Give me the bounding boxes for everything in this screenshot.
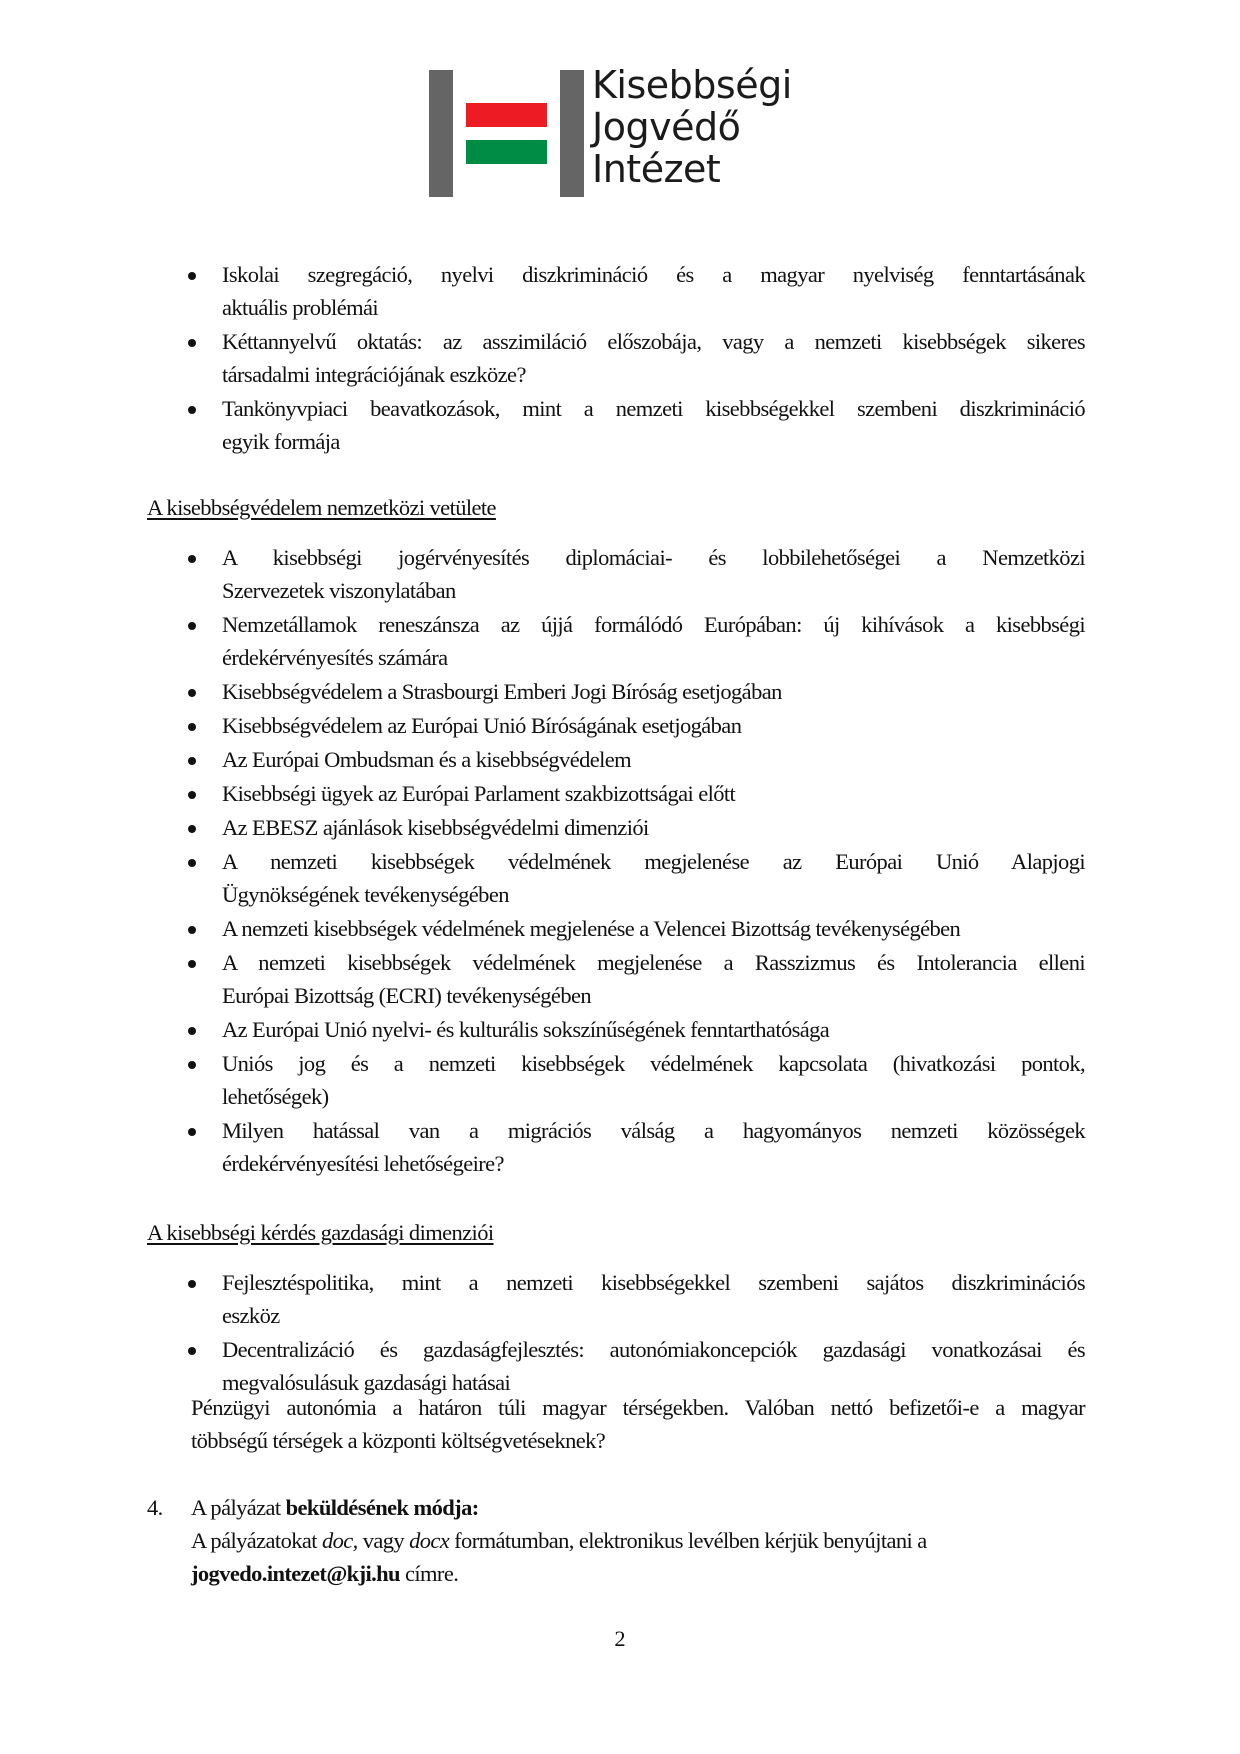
logo-left-bar bbox=[429, 70, 453, 197]
logo-line: Intézet bbox=[592, 148, 792, 190]
bullet-icon bbox=[188, 960, 198, 970]
bullet-icon bbox=[188, 1347, 198, 1357]
logo-right-bar bbox=[560, 70, 584, 197]
submission-email-line: jogvedo.intezet@kji.hu címre. bbox=[191, 1557, 458, 1590]
bullet-icon bbox=[188, 859, 198, 869]
logo-wordmark: Kisebbségi Jogvédő Intézet bbox=[592, 64, 792, 190]
bullet-icon bbox=[188, 272, 198, 282]
list-item-line: aktuális problémái bbox=[222, 291, 378, 324]
bullet-icon bbox=[188, 1128, 198, 1138]
list-item-line: A nemzeti kisebbségek védelmének megjele… bbox=[222, 845, 1085, 878]
list-item-line: Kéttannyelvű oktatás: az asszimiláció el… bbox=[222, 325, 1085, 358]
bullet-icon bbox=[188, 689, 198, 699]
section-heading: A kisebbségi kérdés gazdasági dimenziói bbox=[147, 1216, 494, 1249]
bullet-icon bbox=[188, 555, 198, 565]
submission-title-bold: beküldésének módja: bbox=[286, 1495, 479, 1520]
submission-heading: 4. bbox=[147, 1491, 163, 1524]
page-number: 2 bbox=[0, 1626, 1240, 1652]
bullet-icon bbox=[188, 723, 198, 733]
bullet-icon bbox=[188, 406, 198, 416]
list-item-line: Tankönyvpiaci beavatkozások, mint a nemz… bbox=[222, 392, 1085, 425]
format-docx: docx bbox=[409, 1528, 449, 1553]
bullet-icon bbox=[188, 622, 198, 632]
list-item-line: Szervezetek viszonylatában bbox=[222, 574, 456, 607]
email-address[interactable]: jogvedo.intezet@kji.hu bbox=[191, 1561, 400, 1586]
list-item-line: Decentralizáció és gazdaságfejlesztés: a… bbox=[222, 1333, 1085, 1366]
bullet-icon bbox=[188, 1061, 198, 1071]
submission-body: A pályázatokat doc, vagy docx formátumba… bbox=[191, 1524, 927, 1557]
logo-line: Kisebbségi bbox=[592, 64, 792, 106]
list-item-line: Milyen hatással van a migrációs válság a… bbox=[222, 1114, 1085, 1147]
list-item-line: Uniós jog és a nemzeti kisebbségek védel… bbox=[222, 1047, 1085, 1080]
bullet-icon bbox=[188, 757, 198, 767]
bullet-icon bbox=[188, 791, 198, 801]
institute-logo: Kisebbségi Jogvédő Intézet bbox=[429, 70, 829, 200]
bullet-icon bbox=[188, 926, 198, 936]
list-item-line: Kisebbségi ügyek az Európai Parlament sz… bbox=[222, 777, 735, 810]
list-item-line: eszköz bbox=[222, 1299, 280, 1332]
list-item-line: egyik formája bbox=[222, 425, 340, 458]
list-item-line: Ügynökségének tevékenységében bbox=[222, 878, 509, 911]
list-item-line: A nemzeti kisebbségek védelmének megjele… bbox=[222, 912, 960, 945]
logo-green-stripe bbox=[466, 140, 547, 164]
list-item-line: Az Európai Unió nyelvi- és kulturális so… bbox=[222, 1013, 829, 1046]
bullet-icon bbox=[188, 1280, 198, 1290]
economic-paragraph-line: többségű térségek a központi költségveté… bbox=[191, 1424, 605, 1457]
list-item-line: Az Európai Ombudsman és a kisebbségvédel… bbox=[222, 743, 631, 776]
logo-line: Jogvédő bbox=[592, 106, 792, 148]
bullet-icon bbox=[188, 339, 198, 349]
submission-title: A pályázat beküldésének módja: bbox=[191, 1491, 479, 1524]
list-item-line: Kisebbségvédelem a Strasbourgi Emberi Jo… bbox=[222, 675, 782, 708]
list-item-line: A nemzeti kisebbségek védelmének megjele… bbox=[222, 946, 1085, 979]
bullet-icon bbox=[188, 825, 198, 835]
list-item-line: Iskolai szegregáció, nyelvi diszkriminác… bbox=[222, 258, 1085, 291]
list-item-line: érdekérvényesítési lehetőségeire? bbox=[222, 1147, 504, 1180]
format-doc: doc, bbox=[322, 1528, 358, 1553]
list-item-line: társadalmi integrációjának eszköze? bbox=[222, 358, 526, 391]
list-item-line: érdekérvényesítés számára bbox=[222, 641, 448, 674]
list-item-line: Kisebbségvédelem az Európai Unió Bíróság… bbox=[222, 709, 741, 742]
bullet-icon bbox=[188, 1027, 198, 1037]
list-item-line: Európai Bizottság (ECRI) tevékenységében bbox=[222, 979, 591, 1012]
section-heading: A kisebbségvédelem nemzetközi vetülete bbox=[147, 491, 496, 524]
list-item-line: Az EBESZ ajánlások kisebbségvédelmi dime… bbox=[222, 811, 649, 844]
list-item-line: Fejlesztéspolitika, mint a nemzeti kiseb… bbox=[222, 1266, 1085, 1299]
list-item-line: lehetőségek) bbox=[222, 1080, 329, 1113]
list-item-line: A kisebbségi jogérvényesítés diplomáciai… bbox=[222, 541, 1085, 574]
list-item-line: Nemzetállamok reneszánsza az újjá formál… bbox=[222, 608, 1085, 641]
list-number: 4. bbox=[147, 1495, 163, 1520]
logo-red-stripe bbox=[466, 103, 547, 127]
economic-paragraph-line: Pénzügyi autonómia a határon túli magyar… bbox=[191, 1391, 1085, 1424]
